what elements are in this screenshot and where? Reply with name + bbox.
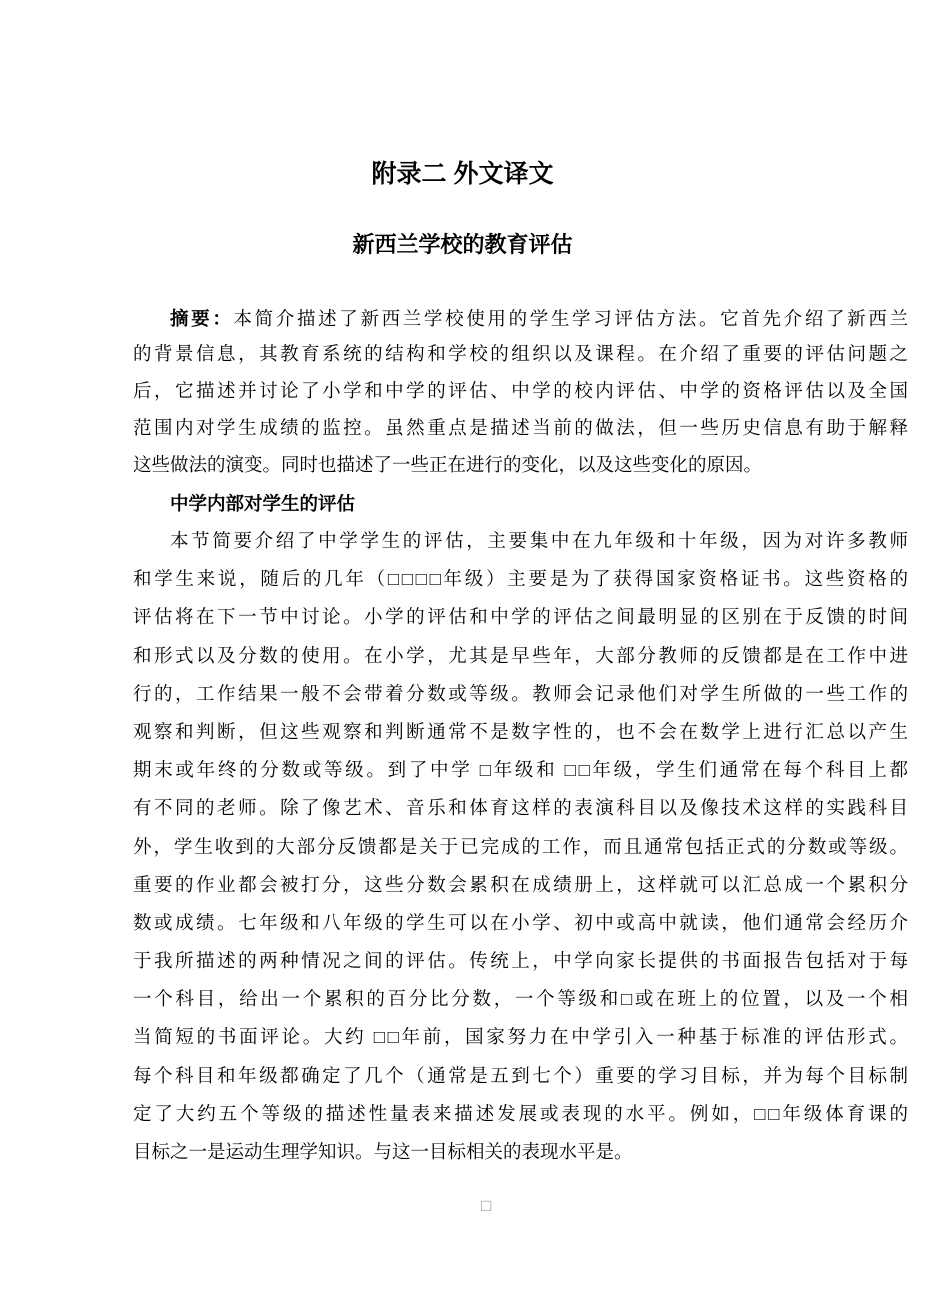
body-line: 行的，工作结果一般不会带着分数或等级。教师会记录他们对学生所做的一些工作的 [133, 676, 908, 714]
abstract-lines: 的背景信息，其教育系统的结构和学校的组织以及课程。在介绍了重要的评估问题之后，它… [133, 337, 908, 485]
page-number-placeholder: □ [481, 1196, 491, 1215]
body-line: 数或成绩。七年级和八年级的学生可以在小学、初中或高中就读，他们通常会经历介 [133, 905, 908, 943]
abstract-first-line-text: 本简介描述了新西兰学校使用的学生学习评估方法。它首先介绍了新西兰 [233, 310, 908, 330]
page-footer: □ [481, 1196, 491, 1216]
body-line: 有不同的老师。除了像艺术、音乐和体育这样的表演科目以及像技术这样的实践科目 [133, 790, 908, 828]
body-line: 重要的作业都会被打分，这些分数会累积在成绩册上，这样就可以汇总成一个累积分 [133, 867, 908, 905]
body-line: 一个科目，给出一个累积的百分比分数，一个等级和□或在班上的位置，以及一个相 [133, 981, 908, 1019]
body-line: 于我所描述的两种情况之间的评估。传统上，中学向家长提供的书面报告包括对于每 [133, 943, 908, 981]
text-block: 摘要：本简介描述了新西兰学校使用的学生学习评估方法。它首先介绍了新西兰 的背景信… [133, 300, 908, 1172]
abstract-line: 范围内对学生成绩的监控。虽然重点是描述当前的做法，但一些历史信息有助于解释 [133, 411, 908, 448]
body-line: 和形式以及分数的使用。在小学，尤其是早些年，大部分教师的反馈都是在工作中进 [133, 638, 908, 676]
abstract-paragraph: 摘要：本简介描述了新西兰学校使用的学生学习评估方法。它首先介绍了新西兰 的背景信… [133, 300, 908, 485]
body-line: 每个科目和年级都确定了几个（通常是五到七个）重要的学习目标，并为每个目标制 [133, 1058, 908, 1096]
body-line: 当简短的书面评论。大约 □□年前，国家努力在中学引入一种基于标准的评估形式。 [133, 1019, 908, 1057]
body-line: 和学生来说，随后的几年（□□□□年级）主要是为了获得国家资格证书。这些资格的 [133, 561, 908, 599]
body-paragraph: 本节简要介绍了中学学生的评估，主要集中在九年级和十年级，因为对许多教师和学生来说… [133, 523, 908, 1172]
section-heading: 中学内部对学生的评估 [133, 485, 908, 523]
document-subtitle: 新西兰学校的教育评估 [0, 232, 925, 258]
body-line: 定了大约五个等级的描述性量表来描述发展或表现的水平。例如，□□年级体育课的 [133, 1096, 908, 1134]
body-line: 评估将在下一节中讨论。小学的评估和中学的评估之间最明显的区别在于反馈的时间 [133, 599, 908, 637]
body-line: 本节简要介绍了中学学生的评估，主要集中在九年级和十年级，因为对许多教师 [133, 523, 908, 561]
abstract-first-line: 摘要：本简介描述了新西兰学校使用的学生学习评估方法。它首先介绍了新西兰 [133, 300, 908, 337]
page-title: 附录二 外文译文 [0, 160, 925, 188]
abstract-line: 后，它描述并讨论了小学和中学的评估、中学的校内评估、中学的资格评估以及全国 [133, 374, 908, 411]
body-line: 外，学生收到的大部分反馈都是关于已完成的工作，而且通常包括正式的分数或等级。 [133, 829, 908, 867]
abstract-line: 的背景信息，其教育系统的结构和学校的组织以及课程。在介绍了重要的评估问题之 [133, 337, 908, 374]
body-line: 观察和判断，但这些观察和判断通常不是数字性的，也不会在数学上进行汇总以产生 [133, 714, 908, 752]
abstract-line: 这些做法的演变。同时也描述了一些正在进行的变化，以及这些变化的原因。 [133, 448, 908, 485]
body-line: 目标之一是运动生理学知识。与这一目标相关的表现水平是。 [133, 1134, 908, 1172]
body-line: 期末或年终的分数或等级。到了中学 □年级和 □□年级，学生们通常在每个科目上都 [133, 752, 908, 790]
abstract-label: 摘要： [170, 308, 233, 329]
